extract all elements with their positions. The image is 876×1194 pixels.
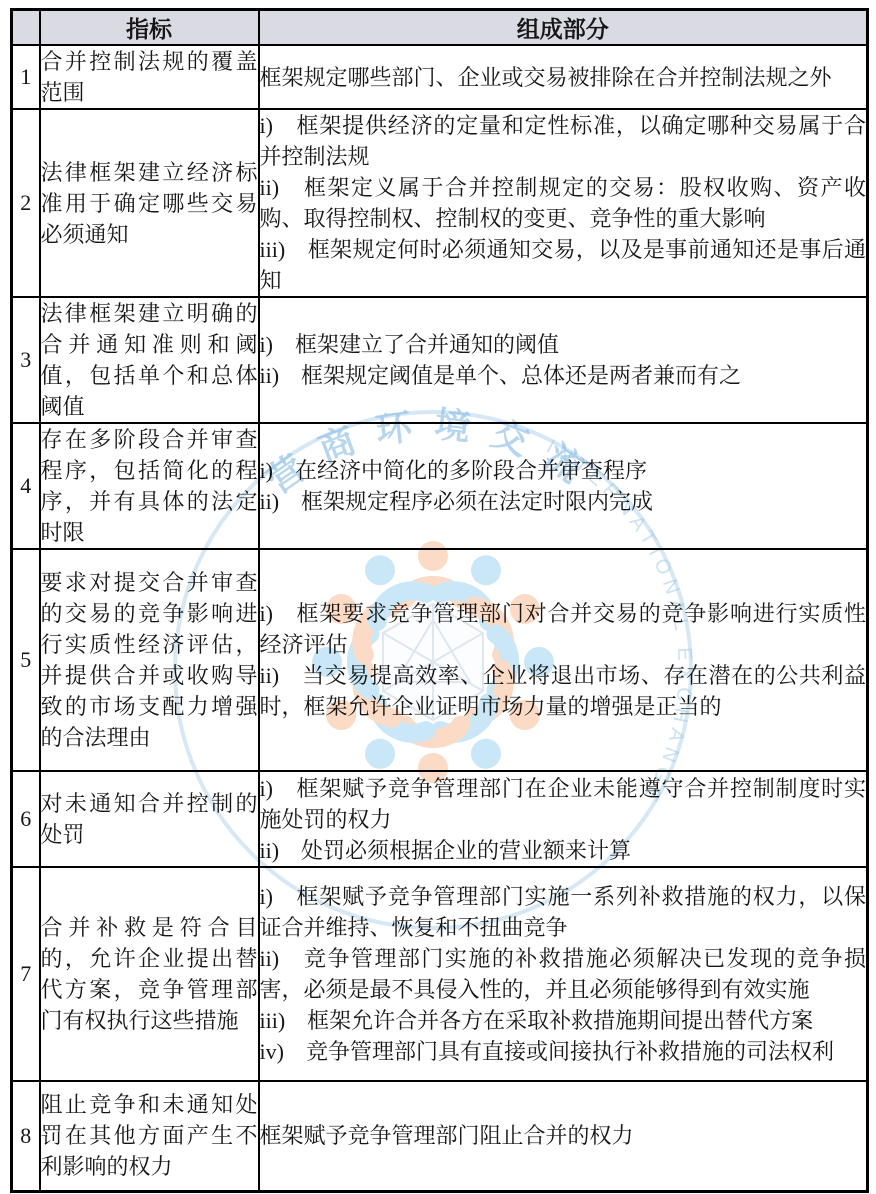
header-row: 指标 组成部分 xyxy=(12,10,868,46)
indicator-cell: 法律框架建立经济标准用于确定哪些交易必须通知 xyxy=(40,109,259,297)
row-number: 5 xyxy=(12,549,40,771)
component-item: i) 框架赋予竞争管理部门在企业未能遵守合并控制制度时实施处罚的权力 xyxy=(260,773,867,835)
component-item: i) 在经济中简化的多阶段合并审查程序 xyxy=(260,455,867,486)
corner-cell xyxy=(12,10,40,46)
indicator-cell: 合并补救是符合目的，允许企业提出替代方案，竞争管理部门有权执行这些措施 xyxy=(40,867,259,1081)
header-indicator: 指标 xyxy=(40,10,259,46)
merger-control-table-container: 指标 组成部分 1 合并控制法规的覆盖范围 框架规定哪些部门、企业或交易被排除在… xyxy=(10,8,869,1193)
row-number: 8 xyxy=(12,1081,40,1191)
components-cell: i) 在经济中简化的多阶段合并审查程序 ii) 框架规定程序必须在法定时限内完成 xyxy=(259,423,868,549)
indicator-cell: 要求对提交合并审查的交易的竞争影响进行实质性经济评估，并提供合并或收购导致的市场… xyxy=(40,549,259,771)
components-cell: 框架赋予竞争管理部门阻止合并的权力 xyxy=(259,1081,868,1191)
components-cell: i) 框架赋予竞争管理部门实施一系列补救措施的权力，以保证合并维持、恢复和不扭曲… xyxy=(259,867,868,1081)
header-components: 组成部分 xyxy=(259,10,868,46)
table-row: 2 法律框架建立经济标准用于确定哪些交易必须通知 i) 框架提供经济的定量和定性… xyxy=(12,109,868,297)
component-item: ii) 框架规定阈值是单个、总体还是两者兼而有之 xyxy=(260,360,867,391)
component-item: 框架规定哪些部门、企业或交易被排除在合并控制法规之外 xyxy=(260,62,867,93)
merger-control-table: 指标 组成部分 1 合并控制法规的覆盖范围 框架规定哪些部门、企业或交易被排除在… xyxy=(10,8,869,1193)
row-number: 6 xyxy=(12,771,40,867)
row-number: 1 xyxy=(12,45,40,109)
component-item: i) 框架要求竞争管理部门对合并交易的竞争影响进行实质性经济评估 xyxy=(260,598,867,660)
table-row: 7 合并补救是符合目的，允许企业提出替代方案，竞争管理部门有权执行这些措施 i)… xyxy=(12,867,868,1081)
table-row: 5 要求对提交合并审查的交易的竞争影响进行实质性经济评估，并提供合并或收购导致的… xyxy=(12,549,868,771)
indicator-cell: 对未通知合并控制的处罚 xyxy=(40,771,259,867)
component-item: iii) 框架允许合并各方在采取补救措施期间提出替代方案 xyxy=(260,1005,867,1036)
component-item: ii) 框架规定程序必须在法定时限内完成 xyxy=(260,486,867,517)
row-number: 4 xyxy=(12,423,40,549)
indicator-cell: 合并控制法规的覆盖范围 xyxy=(40,45,259,109)
component-item: iv) 竞争管理部门具有直接或间接执行补救措施的司法权利 xyxy=(260,1036,867,1067)
row-number: 7 xyxy=(12,867,40,1081)
component-item: ii) 当交易提高效率、企业将退出市场、存在潜在的公共利益时，框架允许企业证明市… xyxy=(260,660,867,722)
table-row: 3 法律框架建立明确的合并通知准则和阈值，包括单个和总体阈值 i) 框架建立了合… xyxy=(12,297,868,423)
components-cell: 框架规定哪些部门、企业或交易被排除在合并控制法规之外 xyxy=(259,45,868,109)
component-item: ii) 框架定义属于合并控制规定的交易：股权收购、资产收购、取得控制权、控制权的… xyxy=(260,172,867,234)
component-item: i) 框架建立了合并通知的阈值 xyxy=(260,329,867,360)
table-row: 4 存在多阶段合并审查程序，包括简化的程序，并有具体的法定时限 i) 在经济中简… xyxy=(12,423,868,549)
component-item: i) 框架提供经济的定量和定性标准，以确定哪种交易属于合并控制法规 xyxy=(260,110,867,172)
components-cell: i) 框架赋予竞争管理部门在企业未能遵守合并控制制度时实施处罚的权力 ii) 处… xyxy=(259,771,868,867)
components-cell: i) 框架建立了合并通知的阈值 ii) 框架规定阈值是单个、总体还是两者兼而有之 xyxy=(259,297,868,423)
indicator-cell: 存在多阶段合并审查程序，包括简化的程序，并有具体的法定时限 xyxy=(40,423,259,549)
indicator-cell: 阻止竞争和未通知处罚在其他方面产生不利影响的权力 xyxy=(40,1081,259,1191)
component-item: ii) 处罚必须根据企业的营业额来计算 xyxy=(260,835,867,866)
component-item: i) 框架赋予竞争管理部门实施一系列补救措施的权力，以保证合并维持、恢复和不扭曲… xyxy=(260,881,867,943)
component-item: 框架赋予竞争管理部门阻止合并的权力 xyxy=(260,1120,867,1151)
table-row: 8 阻止竞争和未通知处罚在其他方面产生不利影响的权力 框架赋予竞争管理部门阻止合… xyxy=(12,1081,868,1191)
row-number: 2 xyxy=(12,109,40,297)
component-item: ii) 竞争管理部门实施的补救措施必须解决已发现的竞争损害，必须是最不具侵入性的… xyxy=(260,943,867,1005)
component-item: iii) 框架规定何时必须通知交易，以及是事前通知还是事后通知 xyxy=(260,234,867,296)
table-row: 6 对未通知合并控制的处罚 i) 框架赋予竞争管理部门在企业未能遵守合并控制制度… xyxy=(12,771,868,867)
components-cell: i) 框架提供经济的定量和定性标准，以确定哪种交易属于合并控制法规 ii) 框架… xyxy=(259,109,868,297)
components-cell: i) 框架要求竞争管理部门对合并交易的竞争影响进行实质性经济评估 ii) 当交易… xyxy=(259,549,868,771)
indicator-cell: 法律框架建立明确的合并通知准则和阈值，包括单个和总体阈值 xyxy=(40,297,259,423)
table-row: 1 合并控制法规的覆盖范围 框架规定哪些部门、企业或交易被排除在合并控制法规之外 xyxy=(12,45,868,109)
row-number: 3 xyxy=(12,297,40,423)
